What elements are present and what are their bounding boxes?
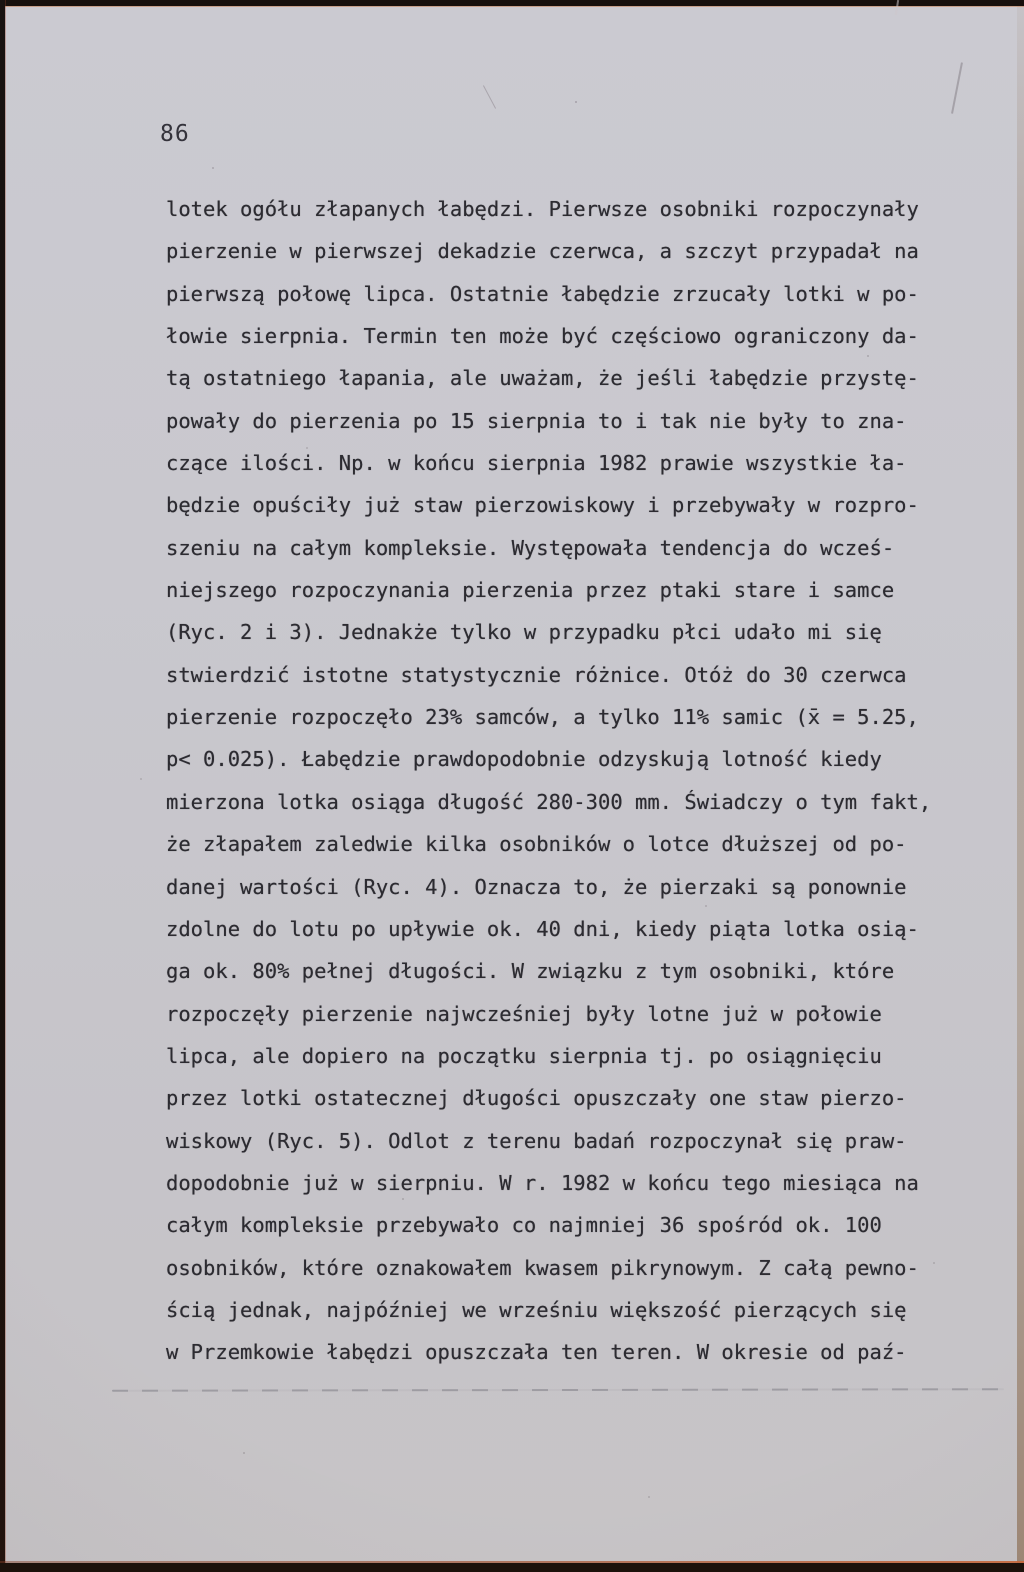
text-line: będzie opuściły już staw pierzowiskowy i… [166, 484, 931, 526]
text-line: pierzenie w pierwszej dekadzie czerwca, … [166, 230, 931, 272]
scanned-page: 86 lotek ogółu złapanych łabędzi. Pierws… [0, 0, 1024, 1572]
text-line: dopodobnie już w sierpniu. W r. 1982 w k… [166, 1162, 931, 1204]
text-line: całym kompleksie przebywało co najmniej … [166, 1204, 931, 1246]
text-line: przez lotki ostatecznej długości opuszcz… [166, 1077, 931, 1119]
text-line: pierwszą połowę lipca. Ostatnie łabędzie… [166, 273, 931, 315]
text-line: w Przemkowie łabędzi opuszczała ten tere… [166, 1331, 931, 1373]
text-line: stwierdzić istotne statystycznie różnice… [166, 654, 931, 696]
text-line: że złapałem zaledwie kilka osobników o l… [166, 823, 931, 865]
text-line: wiskowy (Ryc. 5). Odlot z terenu badań r… [166, 1120, 931, 1162]
text-line: danej wartości (Ryc. 4). Oznacza to, że … [166, 866, 931, 908]
text-line: niejszego rozpoczynania pierzenia przez … [166, 569, 931, 611]
page-number: 86 [160, 121, 190, 147]
text-line: łowie sierpnia. Termin ten może być częś… [166, 315, 931, 357]
text-line: czące ilości. Np. w końcu sierpnia 1982 … [166, 442, 931, 484]
paper-scratch [951, 62, 962, 113]
text-line: powały do pierzenia po 15 sierpnia to i … [166, 400, 931, 442]
scan-edge-bottom [0, 1563, 1024, 1572]
page-edge-right [1017, 6, 1024, 1564]
text-line: szeniu na całym kompleksie. Występowała … [166, 527, 931, 569]
text-line: tą ostatniego łapania, ale uważam, że je… [166, 357, 931, 399]
scan-edge-left [0, 0, 5, 1572]
faded-rule [112, 1388, 1004, 1392]
text-line: p< 0.025). Łabędzie prawdopodobnie odzys… [166, 738, 931, 780]
text-line: lipca, ale dopiero na początku sierpnia … [166, 1035, 931, 1077]
body-text: lotek ogółu złapanych łabędzi. Pierwsze … [166, 188, 931, 1374]
text-line: rozpoczęły pierzenie najwcześniej były l… [166, 993, 931, 1035]
text-line: ścią jednak, najpóźniej we wrześniu więk… [166, 1289, 931, 1331]
text-line: mierzona lotka osiąga długość 280-300 mm… [166, 781, 931, 823]
text-line: osobników, które oznakowałem kwasem pikr… [166, 1247, 931, 1289]
paper-scratch [483, 85, 496, 108]
scan-edge-top [0, 0, 1024, 6]
text-line: zdolne do lotu po upływie ok. 40 dni, ki… [166, 908, 931, 950]
text-line: lotek ogółu złapanych łabędzi. Pierwsze … [166, 188, 931, 230]
text-line: ga ok. 80% pełnej długości. W związku z … [166, 950, 931, 992]
text-line: (Ryc. 2 i 3). Jednakże tylko w przypadku… [166, 611, 931, 653]
text-line: pierzenie rozpoczęło 23% samców, a tylko… [166, 696, 931, 738]
